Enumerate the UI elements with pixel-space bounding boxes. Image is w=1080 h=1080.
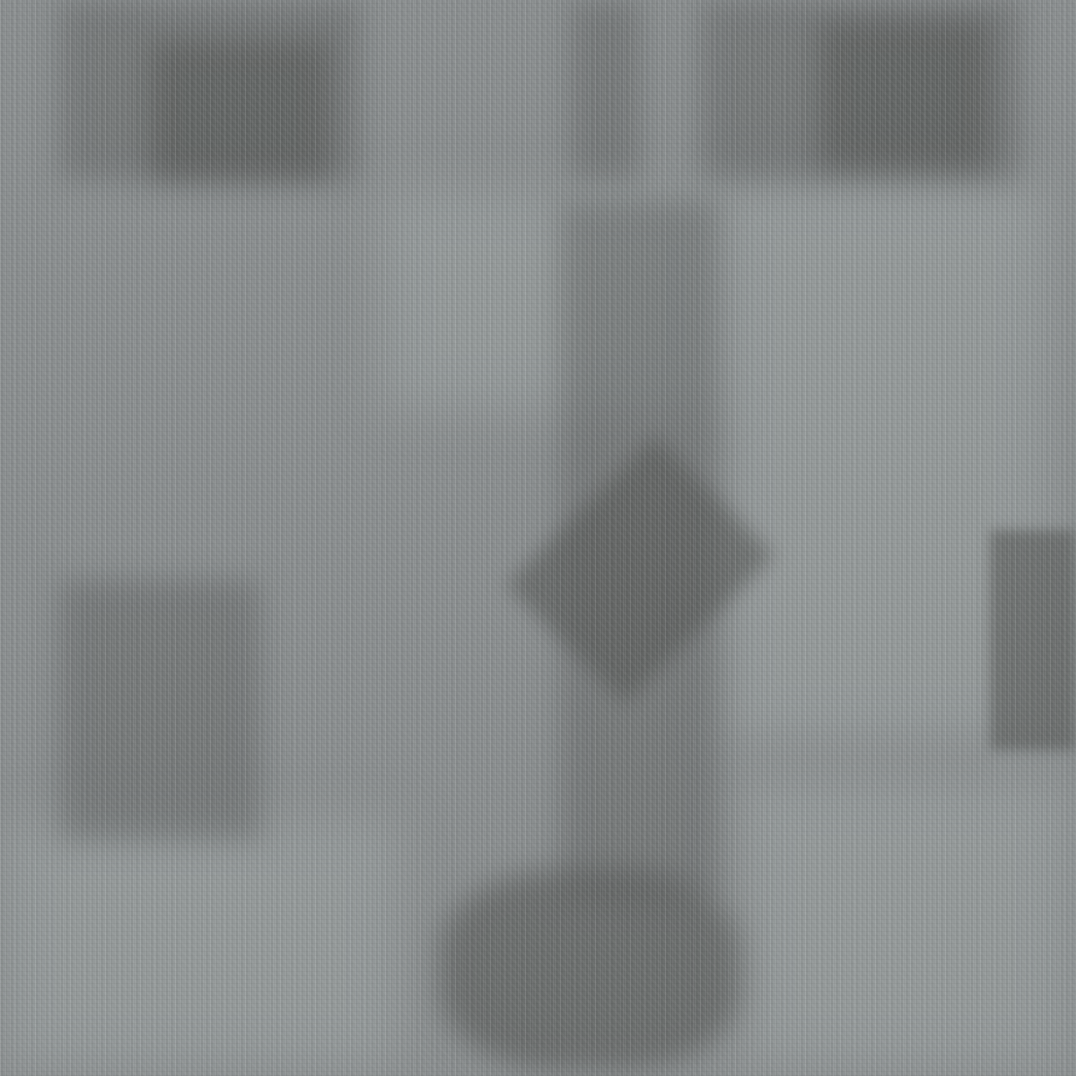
grain-overlay [0, 0, 1076, 1076]
carpet-texture [0, 0, 1076, 1076]
